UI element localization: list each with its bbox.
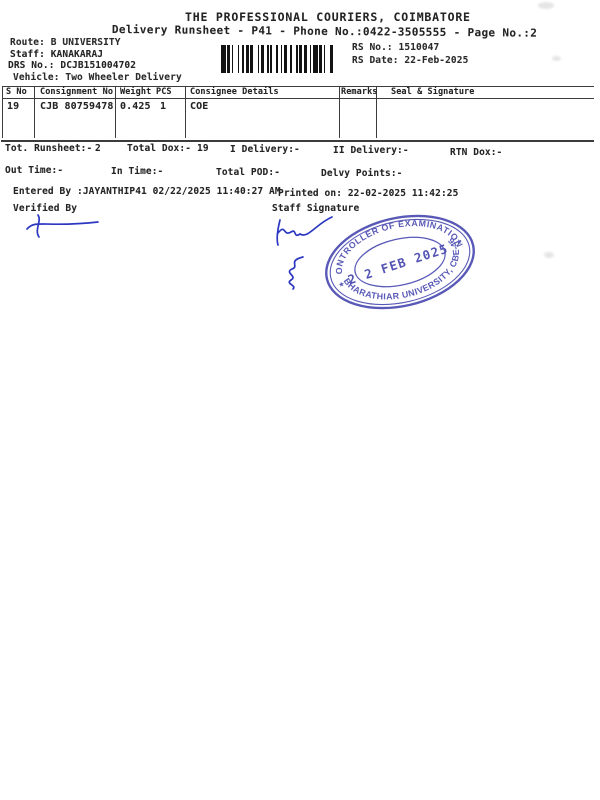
col-header-weight: Weight (120, 88, 151, 97)
document-subtitle: Delivery Runsheet - P41 - Phone No.:0422… (112, 24, 537, 40)
col-header-seal: Seal & Signature (391, 88, 474, 97)
staff-line: Staff: KANAKARAJ (10, 50, 103, 60)
star-right-icon: ★ (455, 236, 463, 248)
col-header-pcs: PCS (156, 88, 172, 97)
col-header-sno: S No (6, 88, 27, 97)
table-vline (115, 86, 116, 138)
out-time-label: Out Time:- (5, 166, 63, 176)
company-title: THE PROFESSIONAL COURIERS, COIMBATORE (185, 11, 471, 24)
cell-pcs: 1 (160, 101, 166, 112)
total-runsheet-label: Tot. Runsheet:- (5, 144, 92, 154)
cell-sno: 19 (7, 101, 19, 112)
delvy-points-label: Delvy Points:- (321, 169, 402, 179)
ii-delivery-label: II Delivery:- (333, 146, 409, 156)
scanned-delivery-runsheet: THE PROFESSIONAL COURIERS, COIMBATORE De… (0, 0, 600, 800)
cell-weight: 0.425 (120, 101, 151, 112)
rs-date: RS Date: 22-Feb-2025 (352, 56, 468, 66)
col-header-consignee: Consignee Details (190, 88, 279, 97)
entered-by-line: Entered By :JAYANTHIP41 02/22/2025 11:40… (13, 187, 281, 197)
table-vline (185, 86, 186, 138)
col-header-consignment: Consignment No (40, 88, 113, 97)
scan-smudge (544, 252, 554, 258)
route-line: Route: B UNIVERSITY (10, 38, 121, 48)
total-runsheet-value: 2 (95, 144, 101, 154)
table-vline (2, 86, 3, 138)
table-header-underline (2, 98, 594, 99)
star-left-icon: ★ (337, 278, 345, 290)
cell-consignment: CJB 80759478 (40, 101, 113, 112)
drs-number-line: DRS No.: DCJB151004702 (8, 61, 136, 71)
table-bottom-border (1, 140, 594, 142)
scan-smudge (538, 2, 554, 9)
cell-consignee: COE (190, 101, 208, 112)
verified-by-signature-ink (24, 212, 104, 242)
in-time-label: In Time:- (111, 167, 163, 177)
total-dox-value: 19 (197, 144, 209, 154)
i-delivery-label: I Delivery:- (230, 145, 300, 155)
total-dox-label: Total Dox:- (127, 144, 191, 154)
barcode (221, 45, 333, 73)
printed-on-line: Printed on: 22-02-2025 11:42:25 (278, 189, 458, 199)
total-pod-label: Total POD:- (216, 168, 280, 178)
col-header-remarks: Remarks (341, 88, 378, 97)
table-vline (34, 86, 35, 138)
signature-squiggle-ink (282, 254, 310, 292)
rtn-dox-label: RTN Dox:- (450, 148, 502, 158)
vehicle-line: Vehicle: Two Wheeler Delivery (13, 73, 182, 83)
rs-number: RS No.: 1510047 (352, 43, 439, 53)
table-vline (339, 86, 340, 138)
scan-smudge (552, 56, 561, 61)
